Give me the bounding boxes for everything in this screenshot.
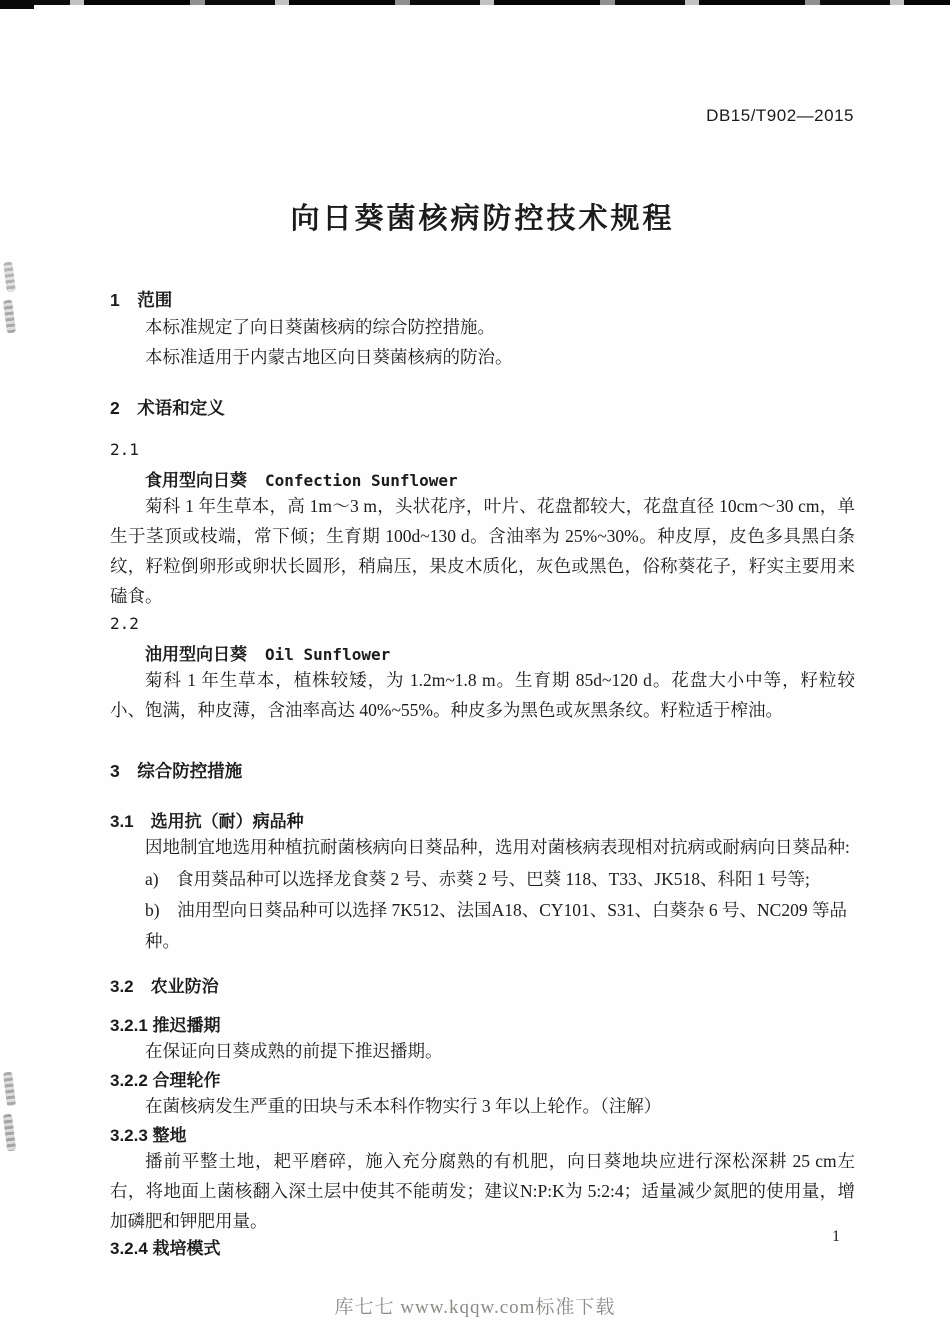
page-number: 1 xyxy=(832,1228,840,1246)
section-3-2-2-heading: 3.2.2 合理轮作 xyxy=(110,1066,855,1091)
term-2-1-name-zh: 食用型向日葵 xyxy=(145,471,247,490)
clause-2-terms-heading: 2 术语和定义 xyxy=(110,395,855,420)
standard-code: DB15/T902—2015 xyxy=(706,106,854,126)
document-content: 向日葵菌核病防控技术规程 1 范围 本标准规定了向日葵菌核病的综合防控措施。 本… xyxy=(0,0,950,1259)
section-3-2-3-heading: 3.2.3 整地 xyxy=(110,1121,855,1146)
term-2-1-number: 2.1 xyxy=(110,440,855,459)
watermark-download-site: 库七七 www.kqqw.com标准下载 xyxy=(0,1292,950,1319)
variety-list-item-a: a) 食用葵品种可以选择龙食葵 2 号、赤葵 2 号、巴葵 118、T33、JK… xyxy=(110,864,855,895)
document-page: DB15/T902—2015 向日葵菌核病防控技术规程 1 范围 本标准规定了向… xyxy=(0,0,950,1344)
section-3-2-3-body: 播前平整土地，耙平磨碎，施入充分腐熟的有机肥，向日葵地块应进行深松深耕 25 c… xyxy=(110,1146,855,1236)
section-3-1-intro: 因地制宜地选用种植抗耐菌核病向日葵品种，选用对菌核病表现相对抗病或耐病向日葵品种… xyxy=(110,832,855,862)
section-3-2-2-body: 在菌核病发生严重的田块与禾本科作物实行 3 年以上轮作。（注解） xyxy=(110,1091,855,1121)
term-2-2-definition: 菊科 1 年生草本，植株较矮，为 1.2m~1.8 m。生育期 85d~120 … xyxy=(110,665,855,725)
section-3-1-heading: 3.1 选用抗（耐）病品种 xyxy=(110,807,855,832)
clause-1-scope-heading: 1 范围 xyxy=(110,287,855,312)
term-2-2-number: 2.2 xyxy=(110,614,855,633)
term-2-2-name-en: Oil Sunflower xyxy=(265,645,390,664)
scan-artifact-top-corner xyxy=(0,0,34,9)
term-2-1-title: 食用型向日葵Confection Sunflower xyxy=(110,466,855,491)
section-3-2-4-heading: 3.2.4 栽培模式 xyxy=(110,1234,855,1259)
variety-list-item-b: b) 油用型向日葵品种可以选择 7K512、法国A18、CY101、S31、白葵… xyxy=(110,895,855,957)
section-3-2-1-body: 在保证向日葵成熟的前提下推迟播期。 xyxy=(110,1036,855,1066)
scope-paragraph-1: 本标准规定了向日葵菌核病的综合防控措施。 xyxy=(110,312,855,342)
section-3-2-1-heading: 3.2.1 推迟播期 xyxy=(110,1011,855,1036)
section-3-2-heading: 3.2 农业防治 xyxy=(110,972,855,997)
term-2-2-name-zh: 油用型向日葵 xyxy=(145,645,247,664)
scan-artifact-top-edge xyxy=(0,0,950,5)
term-2-1-definition: 菊科 1 年生草本，高 1m～3 m，头状花序，叶片、花盘都较大，花盘直径 10… xyxy=(110,491,855,611)
term-2-2-title: 油用型向日葵Oil Sunflower xyxy=(110,640,855,665)
clause-3-measures-heading: 3 综合防控措施 xyxy=(110,758,855,783)
term-2-1-name-en: Confection Sunflower xyxy=(265,471,458,490)
scope-paragraph-2: 本标准适用于内蒙古地区向日葵菌核病的防治。 xyxy=(110,342,855,372)
